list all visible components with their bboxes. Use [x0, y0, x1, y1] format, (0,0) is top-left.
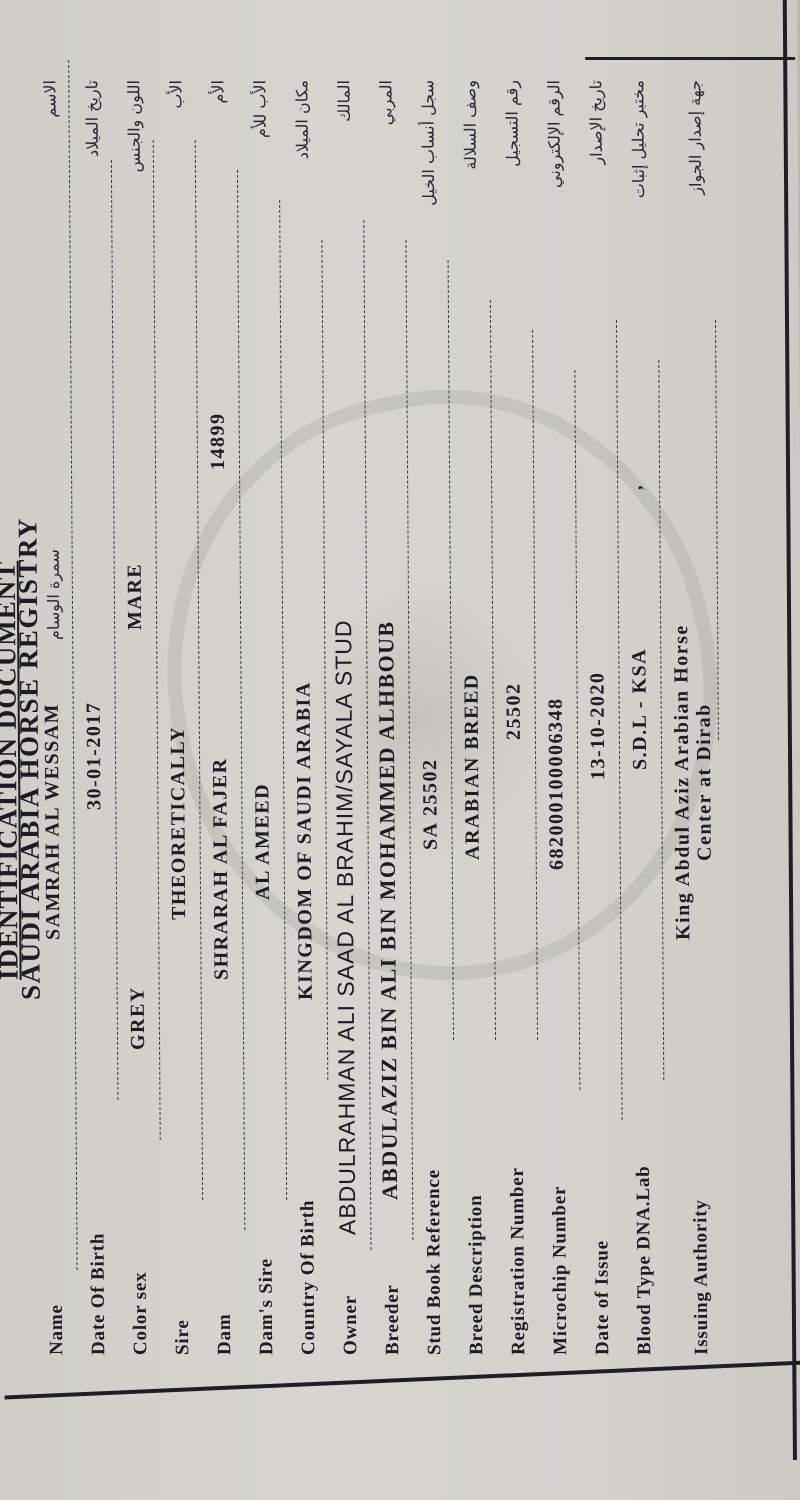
field-value: S.D.L - KSA	[628, 648, 652, 770]
field-label-arabic: تاريخ الإصدار	[586, 80, 606, 165]
field-value: GREY	[127, 986, 150, 1050]
field-value-line1: King Abdul Aziz Arabian Horse	[670, 624, 694, 940]
field-label: Sire	[172, 1319, 194, 1355]
field-label-arabic: مختبر تحليل إثبات	[628, 80, 648, 198]
field-label: Breeder	[382, 1284, 404, 1355]
field-value: King Abdul Aziz Arabian Horse Center at …	[670, 624, 716, 940]
field-value: SA 25502	[419, 759, 443, 850]
field-label-arabic: مكان الميلاد	[292, 80, 312, 159]
field-label: Owner	[340, 1295, 362, 1355]
field-label-arabic: المالك	[334, 80, 353, 122]
field-label: Breed Description	[465, 1195, 488, 1355]
field-label-arabic: جهة إصدار الجواز	[685, 80, 705, 195]
field-value: AL AMEED	[251, 783, 275, 900]
field-label: Dam's Sire	[256, 1258, 279, 1355]
field-value: 25502	[503, 683, 526, 741]
photo-background: IDENTIFICATION DOCUMENT SAUDI ARABIA HOR…	[0, 0, 800, 1500]
field-value: SHRARAH AL FAJER	[209, 757, 234, 980]
field-value: ABDULAZIZ BIN ALI BIN MOHAMMED ALHBOUB	[373, 621, 403, 1200]
field-label-arabic: الأب للأم	[250, 80, 269, 138]
field-label-arabic: الرقم الإلكتروني	[544, 80, 564, 188]
field-label: Date Of Birth	[87, 1233, 110, 1355]
field-label: Microchip Number	[549, 1186, 572, 1355]
stray-mark: ,	[625, 486, 646, 491]
field-label: Country Of Birth	[297, 1200, 320, 1355]
field-value: ABDULRAHMAN ALI SAAD AL BRAHIM/SAYALA ST…	[330, 620, 361, 1235]
field-label: Date of Issue	[591, 1240, 614, 1355]
identification-document: IDENTIFICATION DOCUMENT SAUDI ARABIA HOR…	[0, 0, 800, 1500]
field-label: Name	[46, 1304, 68, 1355]
field-row-issuing-authority: Issuing Authority King Abdul Aziz Arabia…	[670, 0, 724, 1500]
field-label: Dam	[214, 1314, 236, 1355]
field-label-arabic: تاريخ الميلاد	[82, 80, 102, 157]
field-value-secondary: 14899	[207, 413, 230, 471]
field-label: Stud Book Reference	[423, 1169, 446, 1355]
field-value: ARABIAN BREED	[460, 673, 484, 860]
field-label-arabic: اللون والجنس	[124, 80, 144, 172]
field-value: THEORETICALLY	[167, 726, 191, 920]
field-label: Color sex	[130, 1272, 153, 1355]
field-label: Issuing Authority	[690, 1199, 713, 1355]
field-row-blood-type-dna-lab: Blood Type DNA.Lab S.D.L - KSA , مختبر ت…	[613, 0, 667, 1500]
field-label: Registration Number	[507, 1167, 530, 1355]
field-value: 30-01-2017	[83, 702, 107, 810]
field-label-arabic: الأب	[166, 80, 185, 109]
field-value-arabic: سمرة الوسام	[44, 549, 64, 640]
dashed-rule	[715, 320, 719, 740]
field-label-arabic: وصف السلالة	[460, 80, 480, 170]
field-label-arabic: الأم	[208, 80, 227, 103]
field-label: Blood Type DNA.Lab	[633, 1166, 656, 1356]
field-value-line2: Center at Dirab	[692, 624, 716, 940]
field-value: 13-10-2020	[586, 672, 610, 780]
field-value: KINGDOM OF SAUDI ARABIA	[293, 681, 318, 1000]
field-label-arabic: المربي	[376, 80, 395, 125]
field-value: 682000100006348	[545, 698, 569, 871]
field-value-secondary: MARE	[124, 563, 147, 630]
field-label-arabic: رقم التسجيل	[502, 80, 522, 167]
field-value: SAMRAH AL WESSAM	[41, 703, 66, 940]
field-label-arabic: سجل أنساب الخيل	[418, 80, 438, 206]
field-label-arabic: الاسم	[40, 80, 59, 118]
frame-border-bottom	[783, 0, 797, 1460]
